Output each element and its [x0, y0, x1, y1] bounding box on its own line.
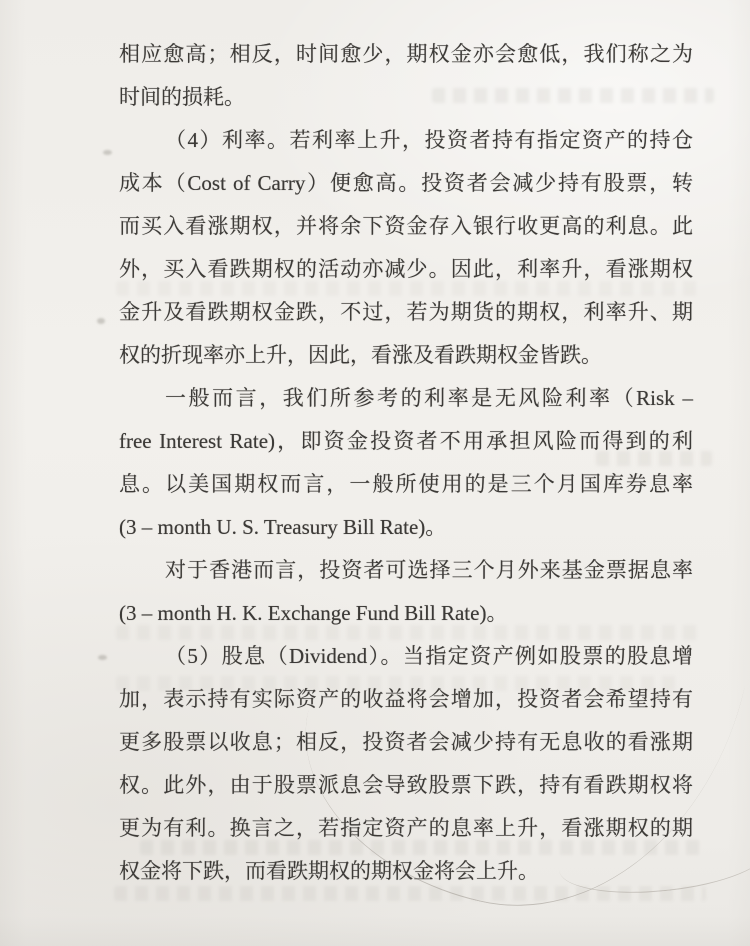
text-line: (3 – month U. S. Treasury Bill Rate)。	[119, 506, 693, 549]
text-line: 一般而言，我们所参考的利率是无风险利率（Risk –	[119, 377, 693, 420]
text-line: （4）利率。若利率上升，投资者持有指定资产的持仓	[119, 119, 693, 162]
text-line: 权金将下跌，而看跌期权的期权金将会上升。	[119, 850, 693, 893]
text-line: 权。此外，由于股票派息会导致股票下跌，持有看跌期权将	[119, 764, 693, 807]
scan-smudge	[98, 655, 107, 660]
text-line: 加，表示持有实际资产的收益将会增加，投资者会希望持有	[119, 678, 693, 721]
page-text: 相应愈高；相反，时间愈少，期权金亦会愈低，我们称之为时间的损耗。（4）利率。若利…	[119, 33, 693, 893]
text-line: 时间的损耗。	[119, 76, 693, 119]
scan-smudge	[97, 318, 105, 324]
book-page: 相应愈高；相反，时间愈少，期权金亦会愈低，我们称之为时间的损耗。（4）利率。若利…	[0, 0, 750, 946]
text-line: 相应愈高；相反，时间愈少，期权金亦会愈低，我们称之为	[119, 33, 693, 76]
text-line: 而买入看涨期权，并将余下资金存入银行收更高的利息。此	[119, 205, 693, 248]
scan-smudge	[103, 150, 112, 155]
text-line: 更为有利。换言之，若指定资产的息率上升，看涨期权的期	[119, 807, 693, 850]
text-line: 息。以美国期权而言，一般所使用的是三个月国库券息率	[119, 463, 693, 506]
text-line: free Interest Rate)，即资金投资者不用承担风险而得到的利	[119, 420, 693, 463]
text-line: 对于香港而言，投资者可选择三个月外来基金票据息率	[119, 549, 693, 592]
text-line: 金升及看跌期权金跌，不过，若为期货的期权，利率升、期	[119, 291, 693, 334]
text-line: 成本（Cost of Carry）便愈高。投资者会减少持有股票，转	[119, 162, 693, 205]
text-line: (3 – month H. K. Exchange Fund Bill Rate…	[119, 592, 693, 635]
text-line: （5）股息（Dividend）。当指定资产例如股票的股息增	[119, 635, 693, 678]
text-line: 外，买入看跌期权的活动亦减少。因此，利率升，看涨期权	[119, 248, 693, 291]
text-line: 更多股票以收息；相反，投资者会减少持有无息收的看涨期	[119, 721, 693, 764]
text-line: 权的折现率亦上升，因此，看涨及看跌期权金皆跌。	[119, 334, 693, 377]
